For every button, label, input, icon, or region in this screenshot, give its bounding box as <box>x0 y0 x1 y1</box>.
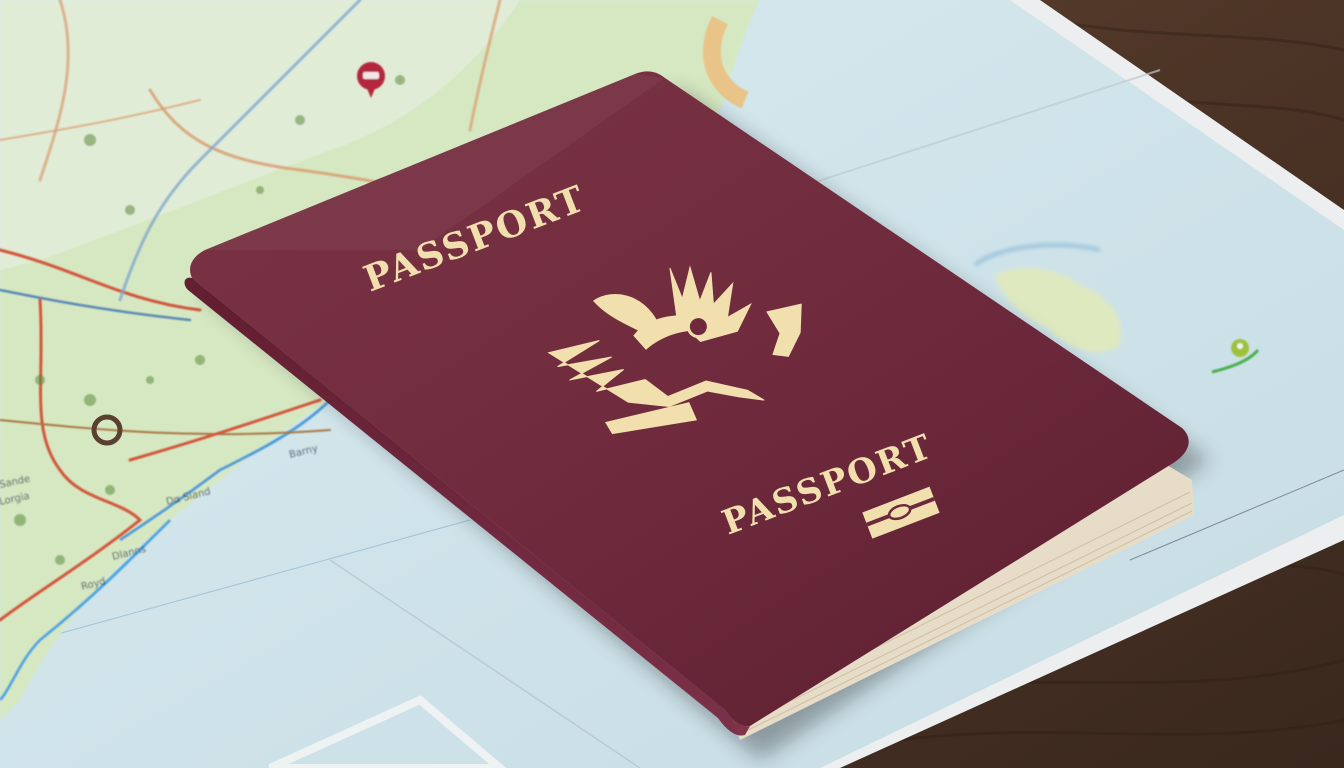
photo-scene: Dα Siand Dlanns Royd Barny Sande Lorgia … <box>0 0 1344 768</box>
